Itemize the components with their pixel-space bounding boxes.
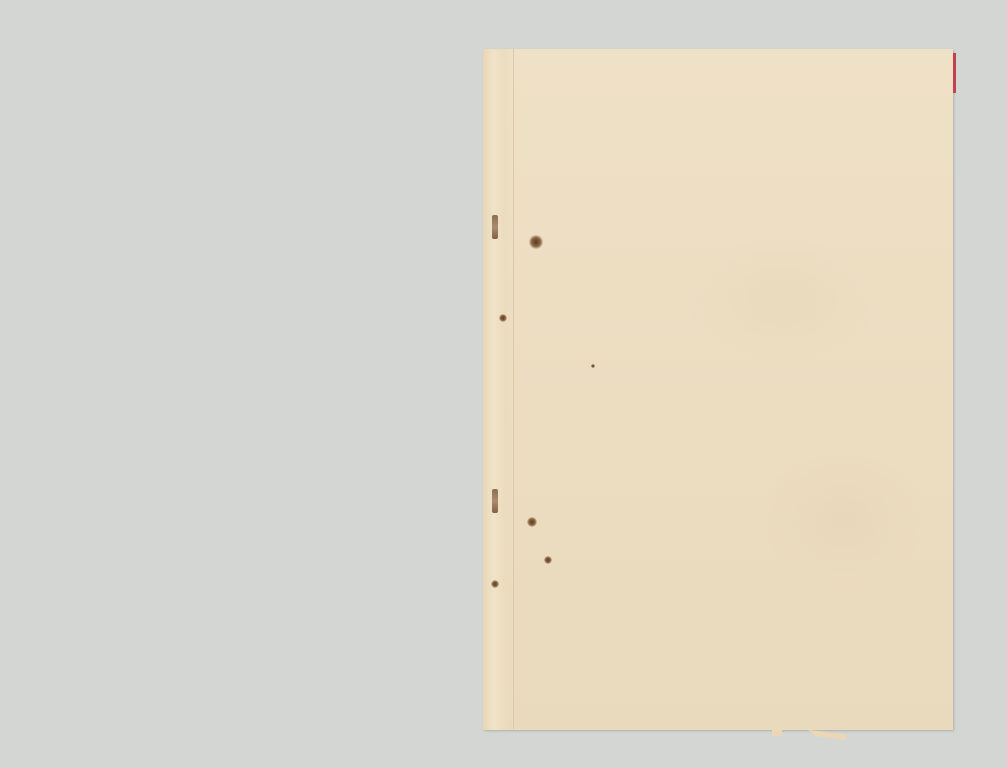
wormhole-mark (527, 517, 537, 527)
upper-staple-mark (492, 215, 498, 239)
red-cover-edge (953, 53, 956, 93)
paper-tab (772, 730, 782, 736)
lower-staple-mark (492, 489, 498, 513)
booklet-page (483, 49, 953, 730)
wormhole-mark (491, 580, 499, 588)
wormhole-mark (544, 556, 552, 564)
paper-tear (808, 730, 846, 740)
binding-edge (483, 49, 514, 730)
wormhole-mark (499, 314, 507, 322)
speck-mark (591, 364, 595, 368)
wormhole-mark (529, 235, 543, 249)
